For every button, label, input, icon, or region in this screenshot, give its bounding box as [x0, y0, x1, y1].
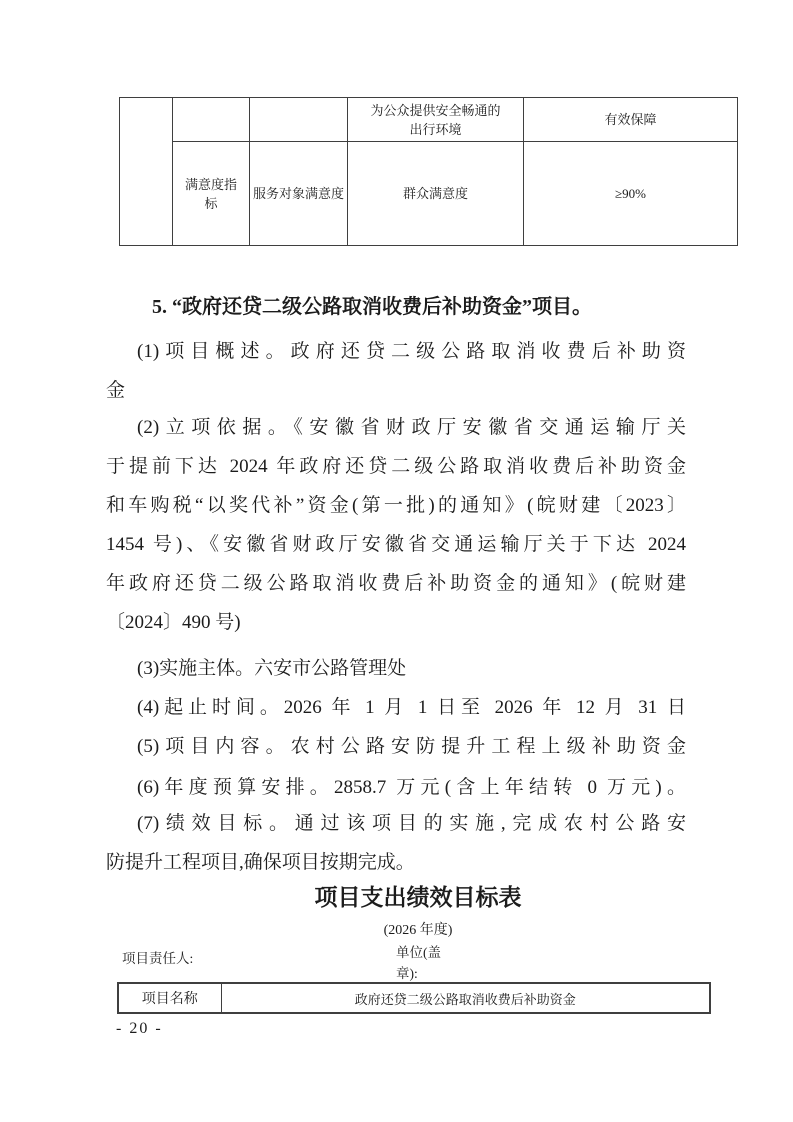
paragraph-implementer: (3)实施主体。六安市公路管理处	[106, 649, 686, 688]
paragraph-budget: (6)年度预算安排。2858.7 万元(含上年结转 0 万元)。	[106, 768, 686, 807]
unit-seal-line-1: 单位(盖	[396, 942, 466, 963]
unit-seal-line-2: 章):	[396, 963, 466, 984]
goal-cell: 为公众提供安全畅通的 出行环境	[348, 98, 524, 142]
text-line: 〔2024〕490 号)	[106, 603, 686, 642]
page-number: - 20 -	[116, 1018, 163, 1040]
table-row: 项目名称 政府还贷二级公路取消收费后补助资金	[118, 983, 710, 1013]
paragraph-basis: (2)立项依据。《安徽省财政厅安徽省交通运输厅关 于提前下达 2024 年政府还…	[106, 408, 686, 642]
indicator-name-cell: 群众满意度	[348, 142, 524, 246]
project-name-label-cell: 项目名称	[118, 983, 221, 1013]
section-heading: 5. “政府还贷二级公路取消收费后补助资金”项目。	[106, 288, 706, 327]
unit-seal-label: 单位(盖 章):	[396, 942, 466, 984]
goal-line-2: 出行环境	[348, 120, 523, 139]
paragraph-overview: (1)项目概述。政府还贷二级公路取消收费后补助资 金	[106, 332, 686, 410]
target-table-year: (2026 年度)	[106, 921, 730, 941]
goal-line-1: 为公众提供安全畅通的	[348, 101, 523, 120]
text-line: (5)项目内容。农村公路安防提升工程上级补助资金	[106, 727, 686, 766]
indicator-table-fragment: 为公众提供安全畅通的 出行环境 有效保障 满意度指标 服务对象满意度 群众满意度…	[119, 97, 738, 246]
table-row: 满意度指标 服务对象满意度 群众满意度 ≥90%	[120, 142, 738, 246]
text-line: (4)起止时间。2026 年 1 月 1 日至 2026 年 12 月 31 日	[106, 688, 686, 727]
text-line: 于提前下达 2024 年政府还贷二级公路取消收费后补助资金	[106, 447, 686, 486]
text-line: (3)实施主体。六安市公路管理处	[106, 649, 686, 688]
text-line: 和车购税“以奖代补”资金(第一批)的通知》(皖财建〔2023〕	[106, 486, 686, 525]
empty-side-cell	[120, 98, 173, 246]
indicator-type-cell: 服务对象满意度	[250, 142, 348, 246]
text-line: 1454 号)、《安徽省财政厅安徽省交通运输厅关于下达 2024	[106, 525, 686, 564]
text-line: 金	[106, 371, 686, 410]
paragraph-performance-goal: (7)绩效目标。通过该项目的实施,完成农村公路安 防提升工程项目,确保项目按期完…	[106, 804, 686, 882]
text-line: (2)立项依据。《安徽省财政厅安徽省交通运输厅关	[106, 408, 686, 447]
paragraph-duration: (4)起止时间。2026 年 1 月 1 日至 2026 年 12 月 31 日	[106, 688, 686, 727]
text-line: 防提升工程项目,确保项目按期完成。	[106, 843, 686, 882]
table-row: 为公众提供安全畅通的 出行环境 有效保障	[120, 98, 738, 142]
empty-cell	[173, 98, 250, 142]
satisfaction-category-cell: 满意度指标	[173, 142, 250, 246]
responsible-person-label: 项目责任人:	[122, 949, 193, 969]
indicator-standard-cell: ≥90%	[524, 142, 738, 246]
project-name-value-cell: 政府还贷二级公路取消收费后补助资金	[221, 983, 710, 1013]
goal-standard-cell: 有效保障	[524, 98, 738, 142]
project-name-table: 项目名称 政府还贷二级公路取消收费后补助资金	[117, 982, 711, 1014]
text-line: (7)绩效目标。通过该项目的实施,完成农村公路安	[106, 804, 686, 843]
text-line: (6)年度预算安排。2858.7 万元(含上年结转 0 万元)。	[106, 768, 686, 807]
text-line: (1)项目概述。政府还贷二级公路取消收费后补助资	[106, 332, 686, 371]
empty-cell	[250, 98, 348, 142]
satisfaction-category-text: 满意度指标	[183, 175, 239, 213]
paragraph-content: (5)项目内容。农村公路安防提升工程上级补助资金	[106, 727, 686, 766]
target-table-title: 项目支出绩效目标表	[106, 883, 730, 913]
text-line: 年政府还贷二级公路取消收费后补助资金的通知》(皖财建	[106, 564, 686, 603]
document-page: 为公众提供安全畅通的 出行环境 有效保障 满意度指标 服务对象满意度 群众满意度…	[0, 0, 793, 1122]
